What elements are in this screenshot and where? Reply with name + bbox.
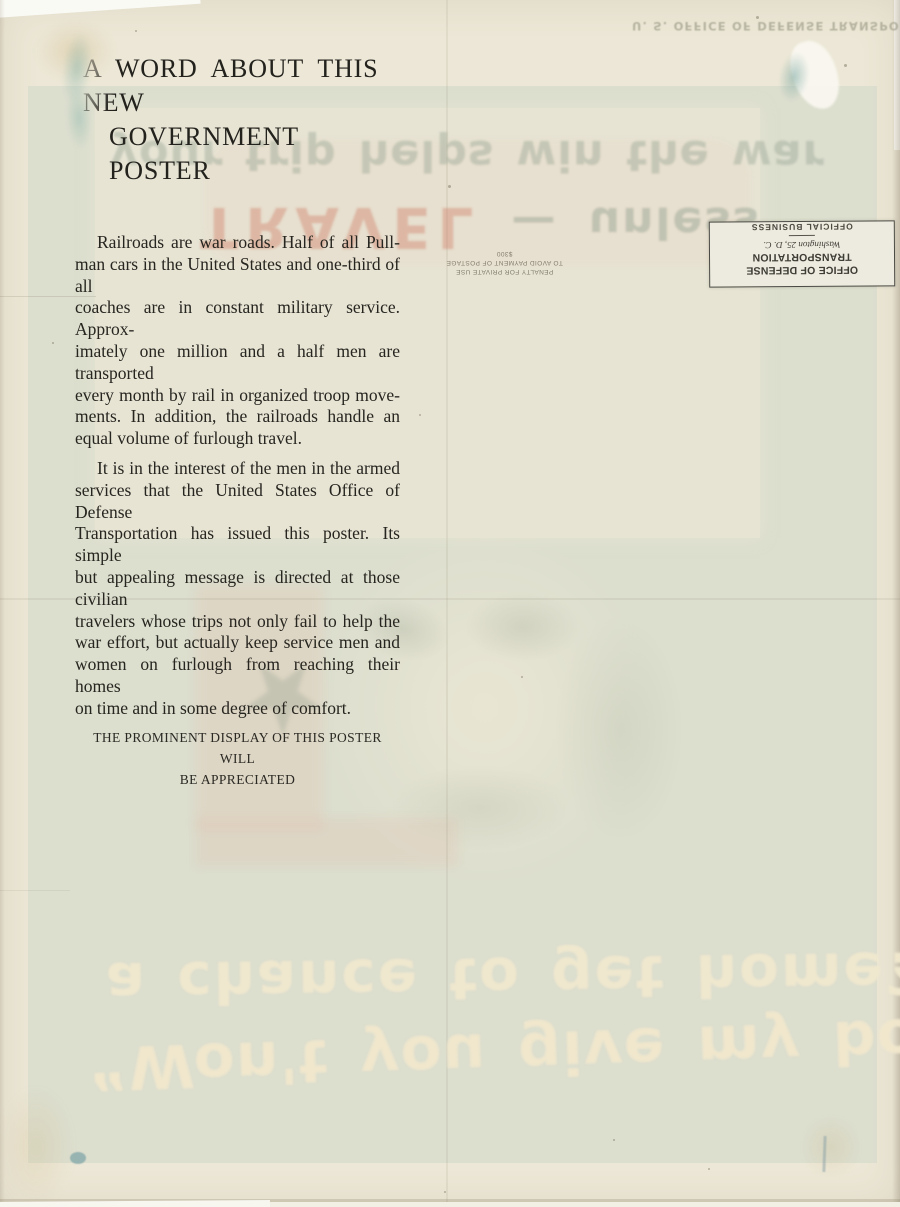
paragraph-line: Transportation has issued this poster. I… — [75, 523, 400, 567]
show-through-agency-line: U. S. OFFICE OF DEFENSE TRANSPORTATION — [632, 17, 900, 35]
paper-edge — [0, 1200, 270, 1207]
penalty-amount: $300 — [442, 249, 567, 258]
penalty-line2: TO AVOID PAYMENT OF POSTAGE — [442, 258, 567, 267]
dust-speck — [708, 1168, 710, 1170]
yellow-stain — [0, 1088, 72, 1206]
portrait-shadow — [555, 615, 685, 845]
paragraph-line: women on furlough from reaching their ho… — [75, 654, 400, 698]
info-text-block: A WORD ABOUT THIS NEW GOVERNMENT POSTER … — [75, 52, 400, 790]
page-title: A WORD ABOUT THIS NEW GOVERNMENT POSTER — [75, 52, 400, 188]
paragraph-1: Railroads are war roads. Half of all Pul… — [75, 232, 400, 450]
paragraph-line: man cars in the United States and one-th… — [75, 254, 400, 298]
paragraph-line: ments. In addition, the railroads handle… — [75, 406, 400, 428]
official-business-line: OFFICIAL BUSINESS — [710, 221, 894, 232]
paragraph-line: imately one million and a half men are t… — [75, 341, 400, 385]
paragraph-line: coaches are in constant military service… — [75, 297, 400, 341]
dust-speck — [844, 64, 847, 67]
sender-city: Washington 25, D. C. — [710, 238, 894, 250]
dust-speck — [521, 676, 523, 678]
blue-dot-stain — [70, 1152, 86, 1164]
paragraph-line: travelers whose trips not only fail to h… — [75, 611, 400, 633]
label-divider-rule — [789, 235, 815, 236]
dust-speck — [52, 342, 54, 344]
paper-edge — [0, 0, 201, 20]
service-flag-show-through — [196, 818, 458, 866]
paragraph-line: war effort, but actually keep service me… — [75, 632, 400, 654]
dust-speck — [613, 1139, 615, 1141]
paragraph-line: equal volume of furlough travel. — [75, 428, 400, 450]
penalty-imprint: PENALTY FOR PRIVATE USE TO AVOID PAYMENT… — [442, 249, 567, 276]
paragraph-line: on time and in some degree of comfort. — [75, 698, 400, 720]
dust-speck — [444, 1191, 446, 1193]
show-through-headline-line2: a chance to get home? — [106, 938, 900, 1017]
paragraph-line: Railroads are war roads. Half of all Pul… — [75, 232, 400, 254]
paragraph-line: but appealing message is directed at tho… — [75, 567, 400, 611]
crease-mark — [0, 890, 70, 891]
paragraph-2: It is in the interest of the men in the … — [75, 458, 400, 720]
sender-office-name: OFFICE OF DEFENSE TRANSPORTATION — [710, 249, 894, 276]
portrait-shadow — [465, 592, 580, 662]
page-title-line1: A WORD ABOUT THIS NEW — [83, 52, 400, 120]
paper-edge — [0, 0, 5, 1207]
paragraph-line: services that the United States Office o… — [75, 480, 400, 524]
paragraph-line: every month by rail in organized troop m… — [75, 385, 400, 407]
closing-line1: THE PROMINENT DISPLAY OF THIS POSTER WIL… — [75, 727, 400, 769]
dust-speck — [419, 414, 421, 416]
dust-speck — [448, 185, 451, 188]
scanned-poster-back-page: ★ your trip helps win the war TRAVEL — u… — [0, 0, 900, 1207]
sender-address-label: OFFICE OF DEFENSE TRANSPORTATION Washing… — [709, 220, 895, 287]
page-title-line2: GOVERNMENT POSTER — [109, 120, 400, 188]
yellow-stain — [802, 1116, 860, 1178]
dust-speck — [135, 30, 137, 32]
penalty-line1: PENALTY FOR PRIVATE USE — [442, 267, 567, 276]
closing-line2: BE APPRECIATED — [75, 769, 400, 790]
paragraph-line: It is in the interest of the men in the … — [75, 458, 400, 480]
closing-note: THE PROMINENT DISPLAY OF THIS POSTER WIL… — [75, 727, 400, 790]
